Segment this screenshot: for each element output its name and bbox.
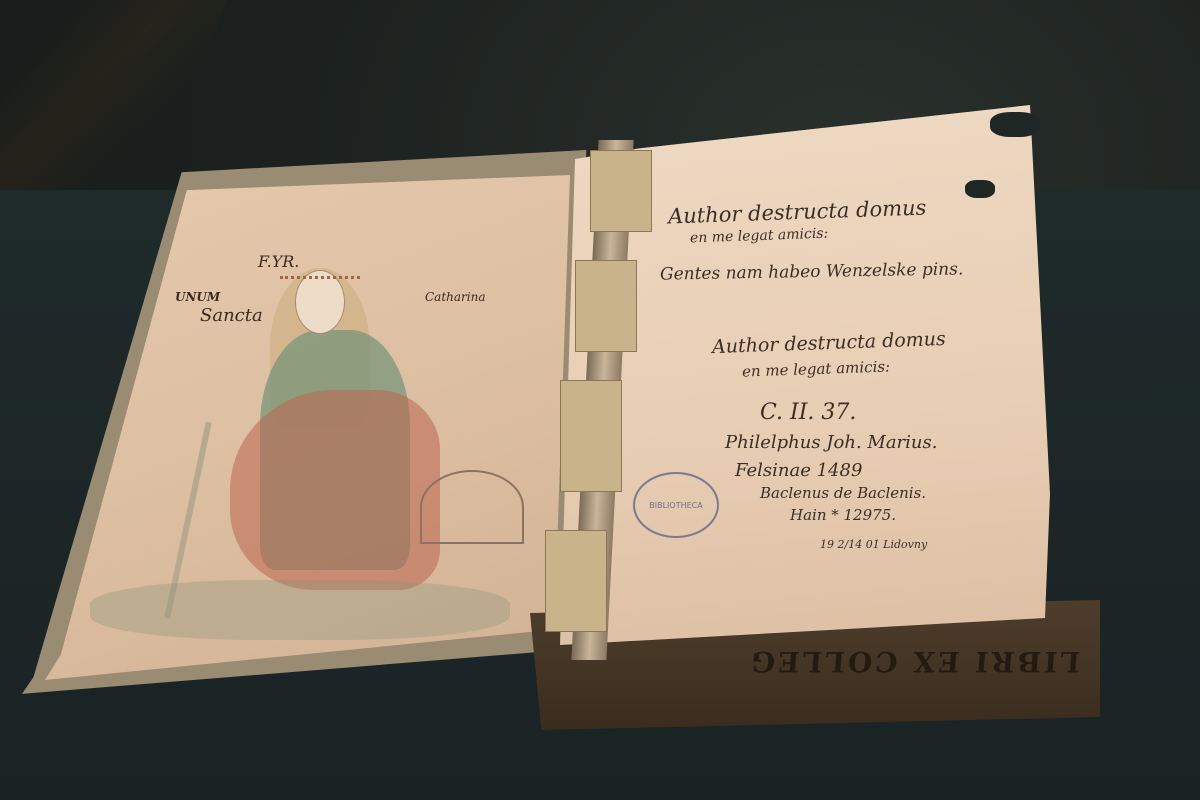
fore-edge-inscription: LIBRI EX COLLEG xyxy=(599,645,1081,678)
saint-head xyxy=(295,270,345,334)
stamp-text: BIBLIOTHECA xyxy=(649,501,702,510)
caption-monogram: F.YR. xyxy=(258,252,299,271)
caption-catharina: Catharina xyxy=(425,290,486,304)
caption-sancta: Sancta xyxy=(200,305,263,326)
library-stamp-icon: BIBLIOTHECA xyxy=(633,472,719,538)
inscription-line: Felsinae 1489 xyxy=(735,460,862,481)
signature: 19 2/14 01 Lidovny xyxy=(820,538,927,551)
page-damage xyxy=(965,180,995,198)
binding-tab xyxy=(575,260,637,352)
inscription-line: Philelphus Joh. Marius. xyxy=(725,432,937,453)
saint-red-cloak xyxy=(230,390,440,590)
page-damage xyxy=(990,112,1040,137)
binding-tab xyxy=(545,530,607,632)
inscription-line: Hain * 12975. xyxy=(790,506,896,524)
inscription-line: Baclenus de Baclenis. xyxy=(760,484,926,502)
binding-tab xyxy=(560,380,622,492)
binding-tab xyxy=(590,150,652,232)
wheel-icon xyxy=(420,470,524,544)
dragon-illustration xyxy=(90,580,510,640)
photo-scene: F.YR. UNUM Sancta Catharina LIBRI EX COL… xyxy=(0,0,1200,800)
caption-unum: UNUM xyxy=(175,290,220,304)
shelfmark: C. II. 37. xyxy=(760,400,856,425)
